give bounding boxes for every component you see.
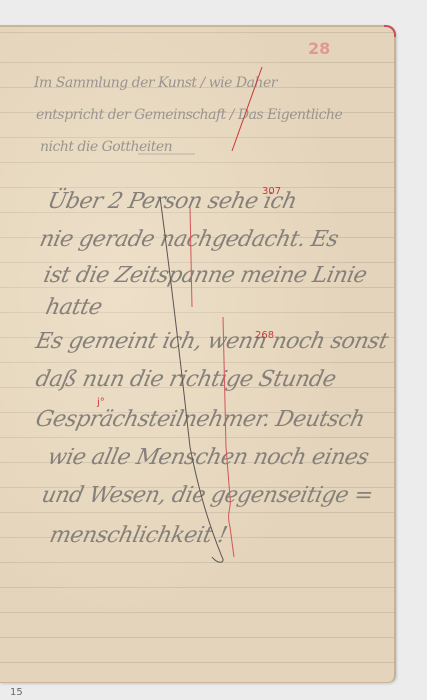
pencil-strikethrough-line	[160, 197, 223, 562]
red-slash-header	[232, 67, 262, 151]
red-strikethrough-line	[190, 207, 234, 557]
page-number: 15	[10, 687, 23, 698]
cancellation-strokes	[0, 27, 394, 682]
notebook-page: 28 Im Sammlung der Kunst / wie Daher ent…	[0, 25, 396, 683]
